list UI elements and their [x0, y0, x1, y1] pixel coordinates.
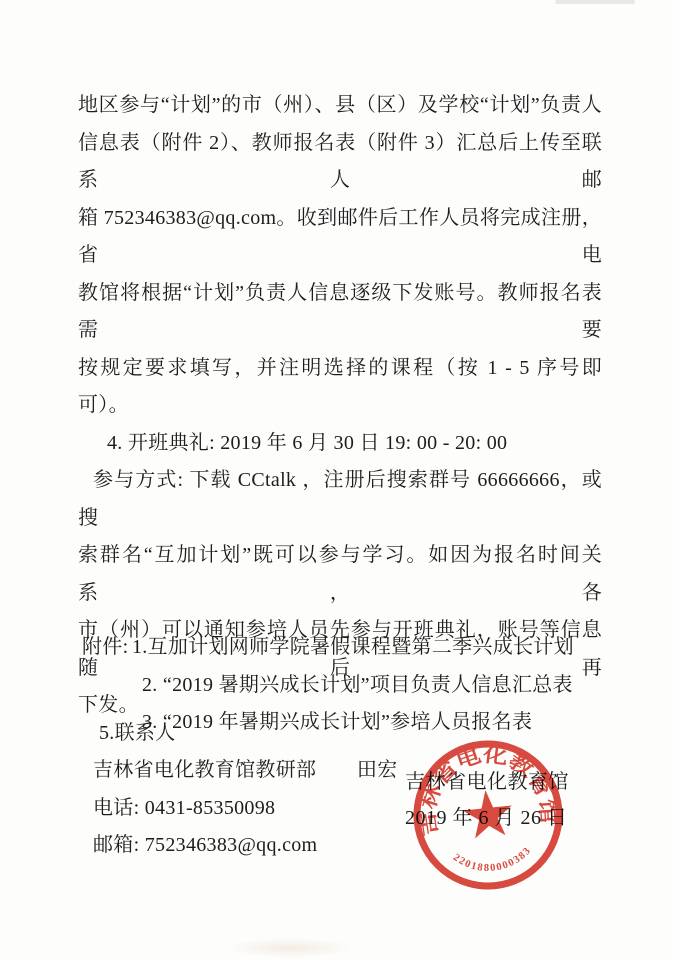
body-line: 地区参与“计划”的市（州）、县（区）及学校“计划”负责人	[78, 87, 602, 125]
section-4-heading: 4. 开班典礼: 2019 年 6 月 30 日 19: 00 - 20: 00	[78, 425, 602, 463]
attachments-label: 附件:	[82, 629, 132, 742]
document-page: 地区参与“计划”的市（州）、县（区）及学校“计划”负责人 信息表（附件 2）、教…	[0, 0, 673, 960]
seal-star-icon	[461, 788, 515, 840]
body-line: 参与方式: 下载 CCtalk ，注册后搜索群号 66666666，或搜	[78, 462, 602, 537]
body-line: 索群名“互加计划”既可以参与学习。如因为报名时间关系，各	[78, 537, 602, 612]
body-line: 按规定要求填写，并注明选择的课程（按 1 - 5 序号即可）。	[78, 350, 602, 425]
body-line: 信息表（附件 2）、教师报名表（附件 3）汇总后上传至联系人邮	[78, 125, 602, 200]
body-line: 教馆将根据“计划”负责人信息逐级下发账号。教师报名表需要	[78, 275, 602, 350]
body-line: 箱 752346383@qq.com。收到邮件后工作人员将完成注册，省电	[78, 200, 602, 275]
scan-artifact	[555, 0, 635, 4]
attachment-item: 1.互加计划网师学院暑假课程暨第二季兴成长计划	[132, 629, 574, 667]
official-seal: 吉林省电化教育馆 2201880000383	[378, 705, 598, 925]
scan-smudge	[225, 938, 355, 958]
attachment-item: 2. “2019 暑期兴成长计划”项目负责人信息汇总表	[132, 667, 574, 705]
